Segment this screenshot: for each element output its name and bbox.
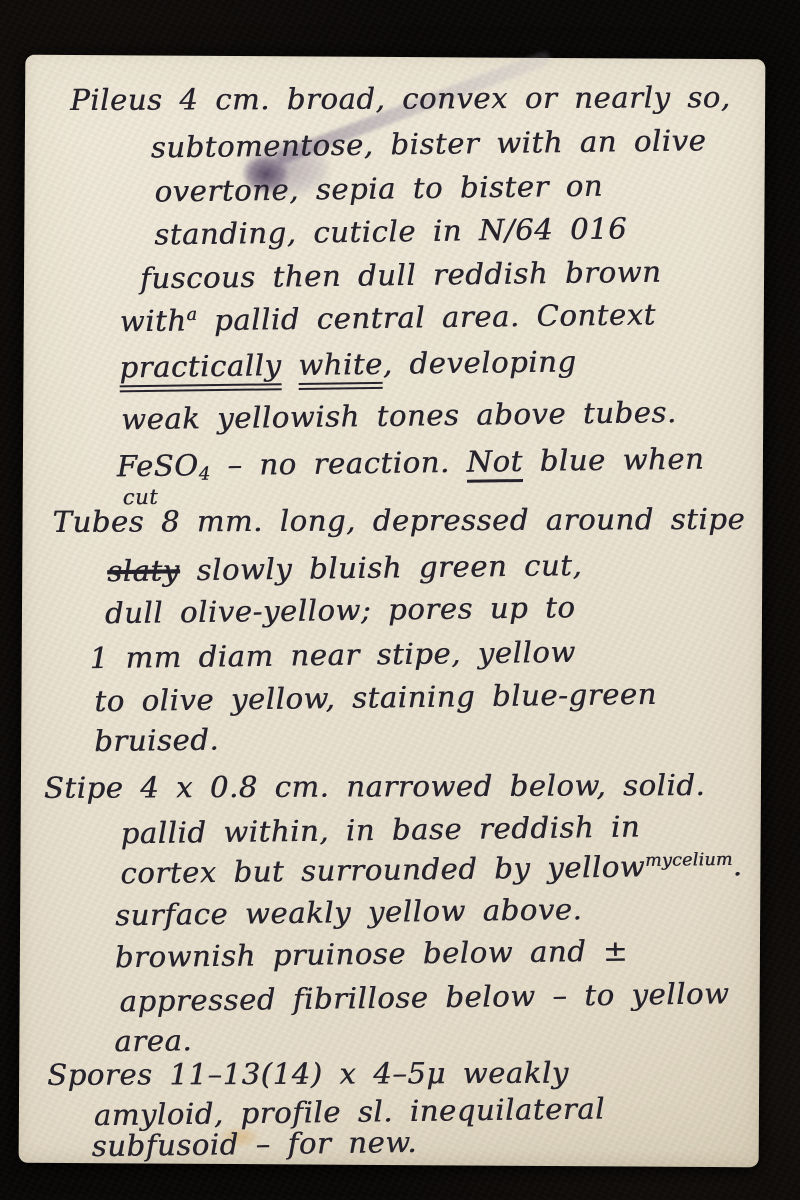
- note-line-stipe-4: surface weakly yellow above.: [115, 892, 583, 932]
- double-underlined-word: white: [298, 347, 383, 390]
- text-run: blue when: [523, 442, 705, 478]
- text-run: – no reaction.: [210, 445, 466, 482]
- photo-backdrop: Pileus 4 cm. broad, convex or nearly so,…: [0, 0, 800, 1200]
- note-line-spores-1: Spores 11–13(14) x 4–5μ weakly: [47, 1056, 569, 1092]
- chemical-formula: FeSO: [117, 448, 199, 483]
- note-line-pileus-8: weak yellowish tones above tubes.: [121, 395, 677, 436]
- note-line-pileus-4: standing, cuticle in N/64 016: [154, 211, 627, 251]
- note-line-stipe-2: pallid within, in base reddish in: [120, 810, 640, 851]
- note-line-tubes-4: 1 mm diam near stipe, yellow: [89, 635, 575, 675]
- text-run: slowly bluish green cut,: [179, 548, 582, 587]
- note-line-pileus-1: Pileus 4 cm. broad, convex or nearly so,: [70, 80, 731, 117]
- note-line-stipe-3: cortex but surrounded by yellowmycelium.: [120, 848, 743, 890]
- note-line-tubes-5: to olive yellow, staining blue-green: [94, 677, 657, 718]
- note-line-tubes-1: Tubes 8 mm. long, depressed around stipe: [52, 502, 745, 539]
- superscript-insertion-a: a: [186, 305, 197, 325]
- note-line-pileus-3: overtone, sepia to bister on: [154, 169, 603, 209]
- index-card: Pileus 4 cm. broad, convex or nearly so,…: [19, 55, 766, 1167]
- underlined-word: Not: [466, 444, 523, 483]
- note-line-pileus-2: subtomentose, bister with an olive: [151, 123, 707, 164]
- note-line-pileus-6: witha pallid central area. Context: [119, 297, 656, 338]
- double-underlined-word: practically: [119, 348, 281, 392]
- note-line-pileus-7: practically white, developing: [119, 344, 577, 384]
- text-run: , developing: [383, 344, 577, 381]
- struck-out-word: slaty: [107, 553, 180, 588]
- superscript-insertion-mycelium: mycelium: [645, 850, 733, 871]
- note-line-pileus-9: FeSO4 – no reaction. Not blue when: [117, 442, 705, 486]
- note-line-tubes-3: dull olive-yellow; pores up to: [105, 590, 576, 630]
- text-run: with: [119, 303, 186, 338]
- note-line-spores-3: subfusoid – for new.: [91, 1125, 417, 1163]
- note-line-tubes-6: bruised.: [94, 723, 219, 759]
- subscript-4: 4: [199, 464, 211, 485]
- note-line-stipe-6: appressed fibrillose below – to yellow: [119, 976, 729, 1018]
- text-run: .: [732, 848, 742, 882]
- text-run: cortex but surrounded by yellow: [120, 849, 645, 890]
- note-line-tubes-2: slaty slowly bluish green cut,: [107, 548, 582, 588]
- text-run: pallid central area. Context: [197, 297, 656, 337]
- note-line-stipe-7: area.: [114, 1023, 192, 1058]
- note-line-stipe-5: brownish pruinose below and ±: [115, 934, 629, 975]
- text-run: [281, 348, 298, 382]
- note-line-stipe-1: Stipe 4 x 0.8 cm. narrowed below, solid.: [44, 768, 706, 805]
- note-line-pileus-5: fuscous then dull reddish brown: [140, 255, 662, 296]
